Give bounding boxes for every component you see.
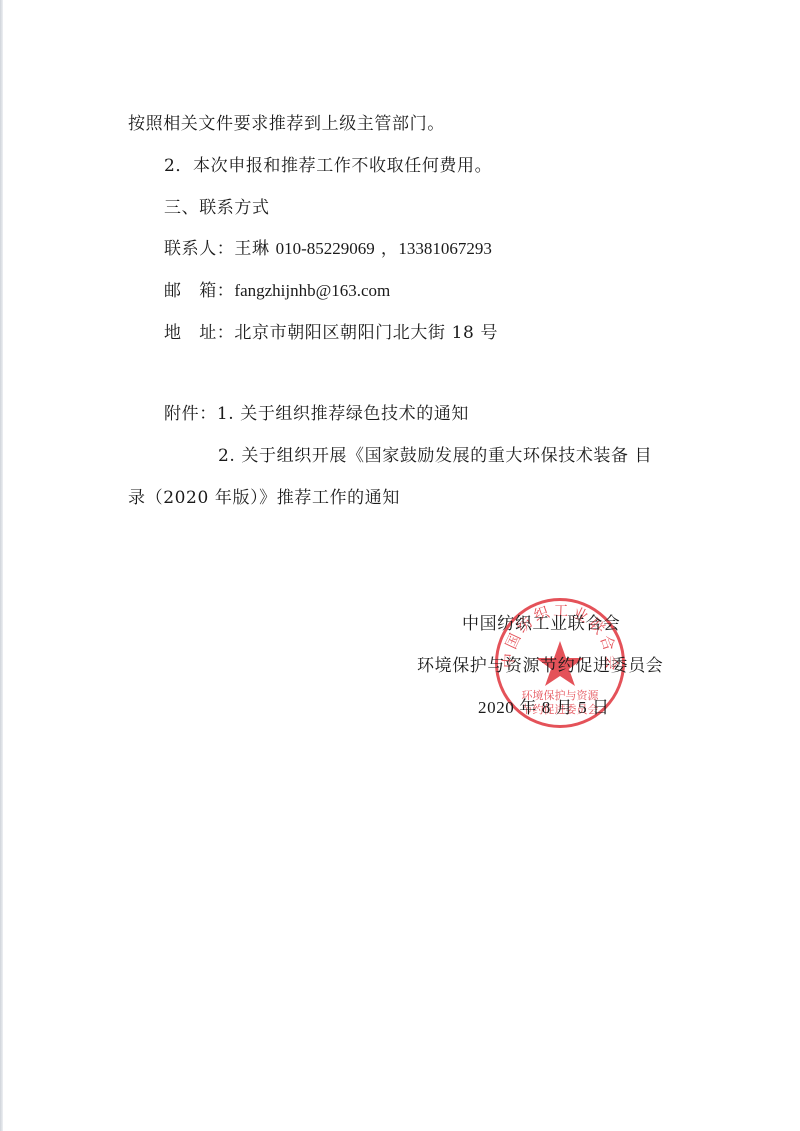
address-value: 北京市朝阳区朝阳门北大街 18 号 (234, 323, 498, 343)
item-2-no-fee: 2．本次申报和推荐工作不收取任何费用。 (164, 155, 492, 177)
address-line: 地 址：北京市朝阳区朝阳门北大街 18 号 (164, 322, 498, 344)
signature-org-line-1: 中国纺织工业联合会 (462, 613, 620, 635)
signature-org-line-2: 环境保护与资源节约促进委员会 (417, 655, 663, 677)
signature-date: 2020 年 8 月 5 日 (478, 697, 610, 719)
contact-separator: ， (381, 239, 399, 259)
contact-mobile: 13381067293 (398, 239, 492, 258)
attachment-label: 附件： (164, 404, 217, 424)
email-line: 邮 箱：fangzhijnhb@163.com (164, 280, 390, 302)
attachment-item-2-line1: 2. 关于组织开展《国家鼓励发展的重大环保技术装备 目 (218, 445, 652, 467)
contact-person-line: 联系人：王琳 010-85229069 ，13381067293 (164, 238, 492, 260)
contact-phone: 010-85229069 (276, 239, 375, 258)
contact-name: 王琳 (234, 239, 269, 259)
attachment-1-title: 1. 关于组织推荐绿色技术的通知 (217, 404, 469, 424)
scan-edge (0, 0, 3, 1131)
email-label: 邮 箱： (164, 281, 234, 301)
section-heading-contact: 三、联系方式 (164, 197, 270, 219)
email-value: fangzhijnhb@163.com (234, 281, 390, 300)
contact-label: 联系人： (164, 239, 234, 259)
address-label: 地 址： (164, 323, 234, 343)
paragraph-continuation: 按照相关文件要求推荐到上级主管部门。 (128, 113, 445, 135)
attachment-item-1: 附件：1. 关于组织推荐绿色技术的通知 (164, 403, 469, 425)
attachment-item-2-line2: 录（2020 年版）》推荐工作的通知 (128, 487, 400, 509)
